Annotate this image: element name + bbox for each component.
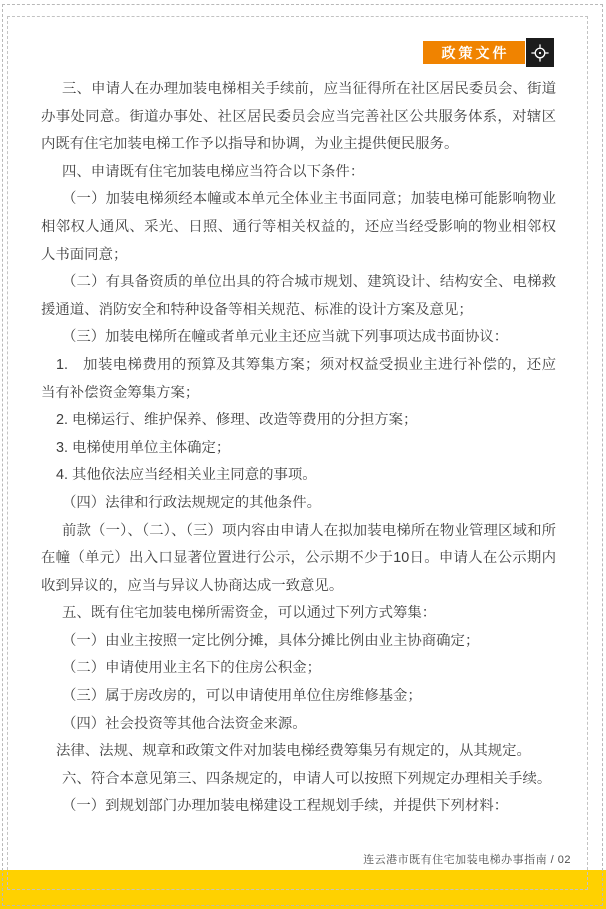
paragraph: 四、申请既有住宅加装电梯应当符合以下条件： xyxy=(41,159,556,187)
paragraph: 法律、法规、规章和政策文件对加装电梯经费筹集另有规定的，从其规定。 xyxy=(41,738,556,766)
paragraph: 六、符合本意见第三、四条规定的，申请人可以按照下列规定办理相关手续。 xyxy=(41,766,556,794)
paragraph: 4. 其他依法应当经相关业主同意的事项。 xyxy=(41,462,556,490)
paragraph: （四）社会投资等其他合法资金来源。 xyxy=(41,711,556,739)
paragraph: （一）加装电梯须经本幢或本单元全体业主书面同意；加装电梯可能影响物业相邻权人通风… xyxy=(41,186,556,269)
policy-badge-label: 政策文件 xyxy=(442,43,510,63)
document-page: 政策文件 三、申请人在办理加装电梯相关手续前，应当征得所在社区居民委员会、街道办… xyxy=(0,0,606,909)
paragraph: （一）到规划部门办理加装电梯建设工程规划手续，并提供下列材料： xyxy=(41,793,556,821)
paragraph: 2. 电梯运行、维护保养、修理、改造等费用的分担方案； xyxy=(41,407,556,435)
paragraph: （二）有具备资质的单位出具的符合城市规划、建筑设计、结构安全、电梯救援通道、消防… xyxy=(41,269,556,324)
paragraph: 3. 电梯使用单位主体确定； xyxy=(41,435,556,463)
paragraph: （四）法律和行政法规规定的其他条件。 xyxy=(41,490,556,518)
paragraph: （一）由业主按照一定比例分摊，具体分摊比例由业主协商确定； xyxy=(41,628,556,656)
paragraph: 1. 加装电梯费用的预算及其筹集方案；须对权益受损业主进行补偿的，还应当有补偿资… xyxy=(41,352,556,407)
paragraph: 三、申请人在办理加装电梯相关手续前，应当征得所在社区居民委员会、街道办事处同意。… xyxy=(41,76,556,159)
paragraph: （二）申请使用业主名下的住房公积金； xyxy=(41,655,556,683)
paragraph: 前款（一）、（二）、（三）项内容由申请人在拟加装电梯所在物业管理区域和所在幢（单… xyxy=(41,518,556,601)
page-footer-caption: 连云港市既有住宅加装电梯办事指南 / 02 xyxy=(363,851,571,867)
footer-accent-bar xyxy=(0,870,606,909)
document-body: 三、申请人在办理加装电梯相关手续前，应当征得所在社区居民委员会、街道办事处同意。… xyxy=(41,76,556,821)
crosshair-icon xyxy=(526,38,554,67)
paragraph: （三）属于房改房的，可以申请使用单位住房维修基金； xyxy=(41,683,556,711)
policy-badge-box: 政策文件 xyxy=(423,41,525,64)
paragraph: （三）加装电梯所在幢或者单元业主还应当就下列事项达成书面协议： xyxy=(41,324,556,352)
paragraph: 五、既有住宅加装电梯所需资金，可以通过下列方式筹集： xyxy=(41,600,556,628)
